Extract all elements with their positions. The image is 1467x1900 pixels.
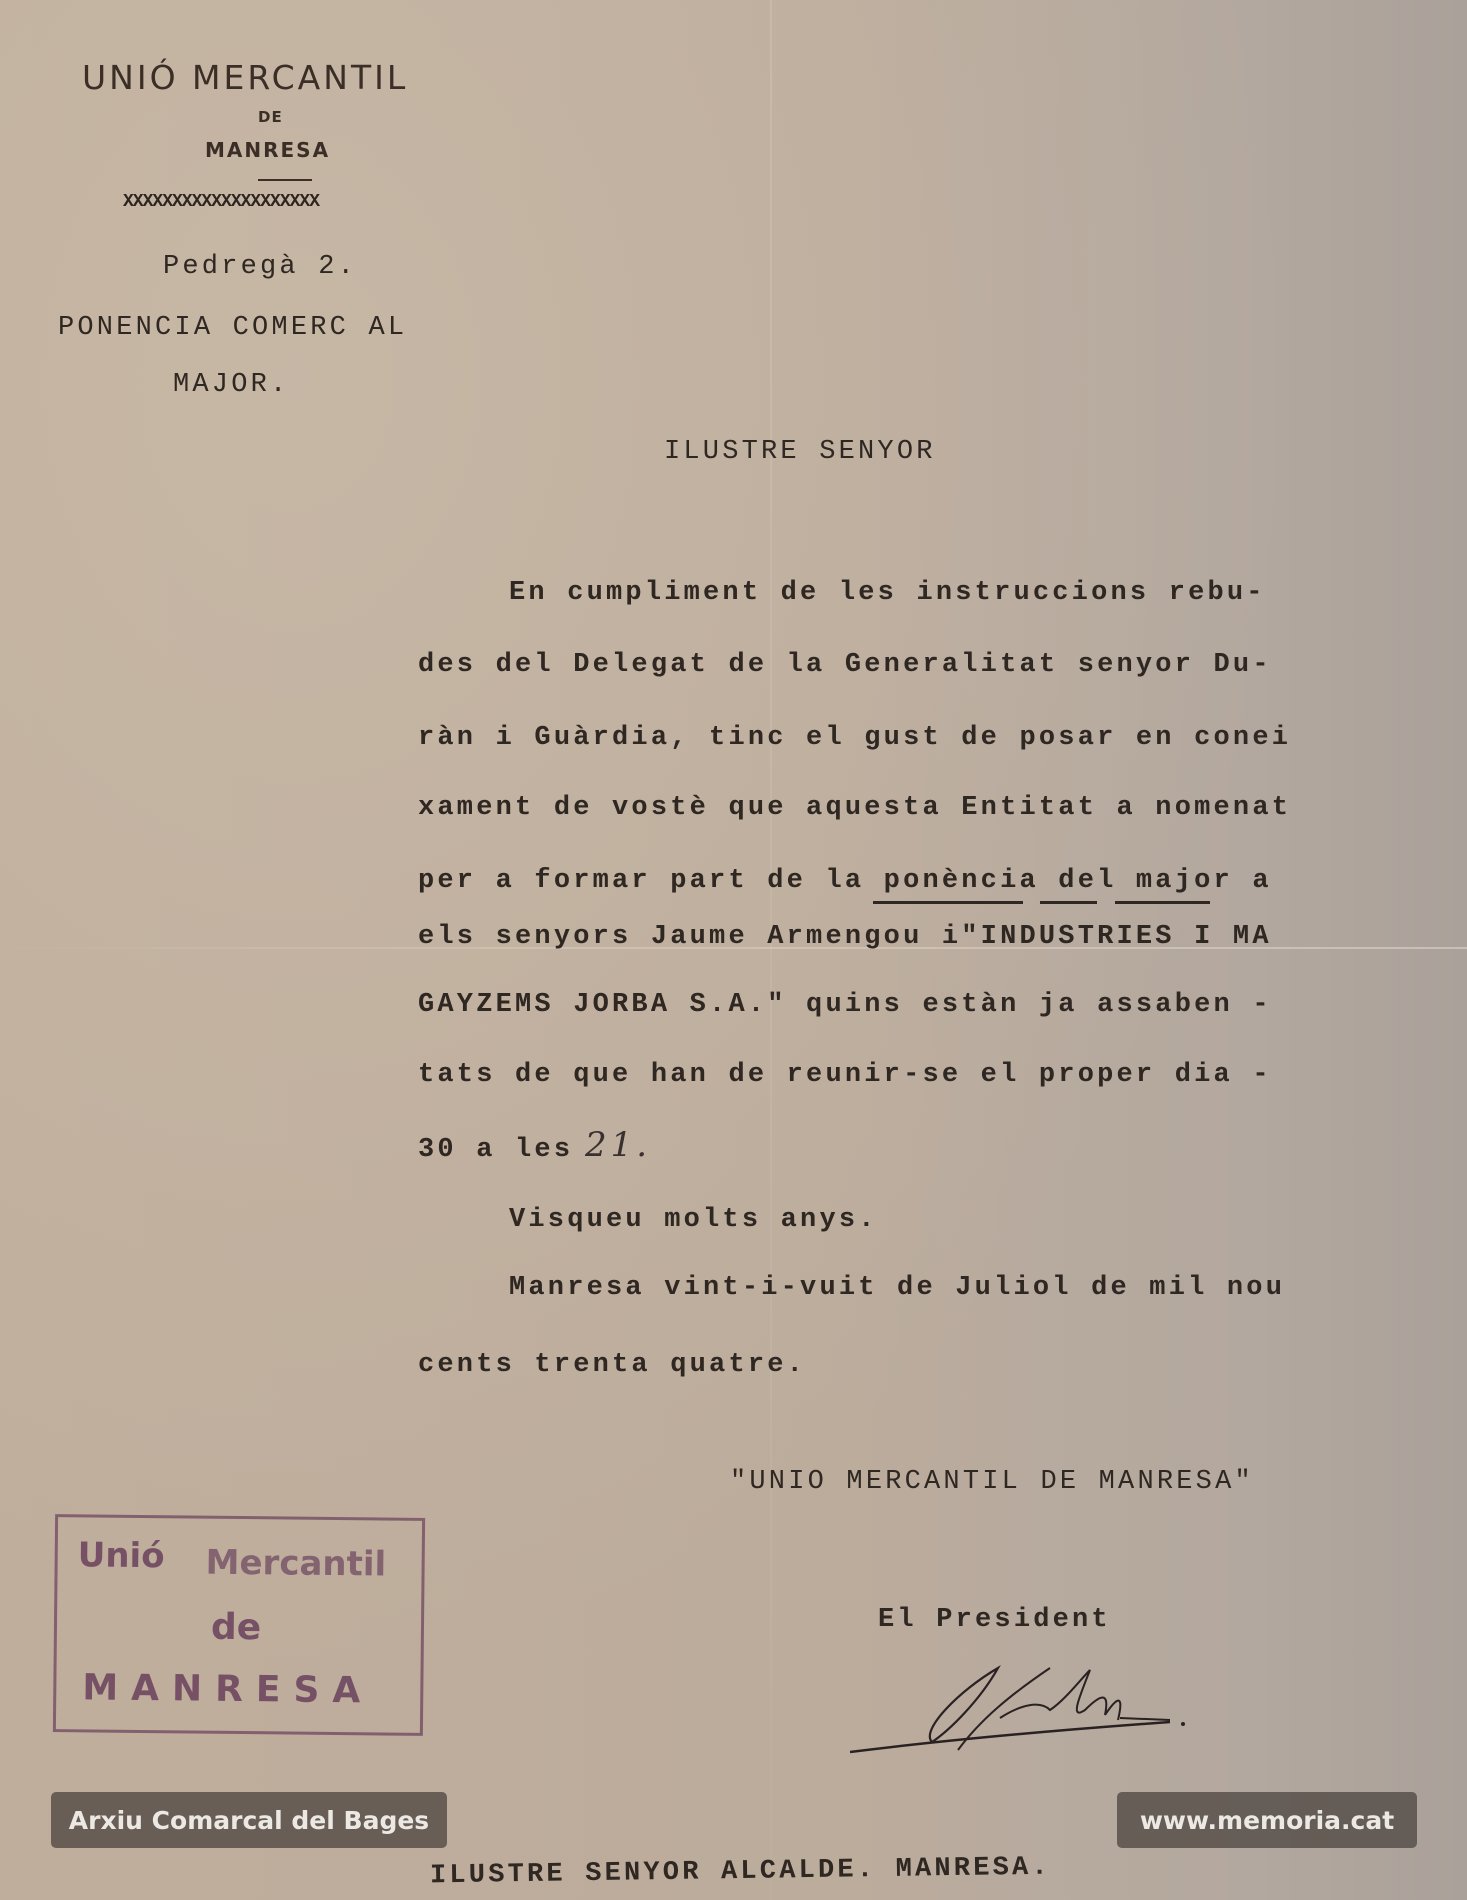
- body-line-4: xament de vostè que aquesta Entitat a no…: [418, 793, 1291, 823]
- rubber-stamp: Unió Mercantil de MANRESA: [53, 1514, 425, 1736]
- stamp-line-2: de: [211, 1607, 262, 1649]
- letterhead-city: MANRESA: [205, 138, 330, 162]
- archive-badge: Arxiu Comarcal del Bages: [51, 1792, 447, 1848]
- underline-del: [1040, 901, 1097, 904]
- body-line-6: els senyors Jaume Armengou i"INDUSTRIES …: [418, 922, 1272, 952]
- underline-major: [1115, 901, 1210, 904]
- department-line-1: PONENCIA COMERC AL: [58, 313, 407, 343]
- body-line-5-text: per a formar part de la ponència del maj…: [418, 866, 1272, 896]
- body-line-7: GAYZEMS JORBA S.A." quins estàn ja assab…: [418, 990, 1272, 1020]
- body-line-3: ràn i Guàrdia, tinc el gust de posar en …: [418, 723, 1291, 753]
- address: Pedregà 2.: [163, 252, 357, 282]
- handwritten-hour: 21.: [585, 1125, 651, 1165]
- closing: Visqueu molts anys.: [509, 1205, 878, 1235]
- stamp-line-1b: Mercantil: [205, 1543, 386, 1585]
- signature-entity: "UNIO MERCANTIL DE MANRESA": [730, 1467, 1254, 1497]
- body-line-8: tats de que han de reunir-se el proper d…: [418, 1060, 1272, 1090]
- signature-icon: [850, 1660, 1190, 1770]
- letterhead-de: DE: [258, 108, 283, 126]
- letterhead-rule: [258, 179, 312, 181]
- stamp-line-3: MANRESA: [82, 1667, 373, 1711]
- department-line-2: MAJOR.: [173, 370, 289, 400]
- salutation: ILUSTRE SENYOR: [664, 437, 936, 467]
- body-line-1: En cumpliment de les instruccions rebu-: [509, 578, 1266, 608]
- body-line-9: 30 a les: [418, 1135, 573, 1165]
- website-badge[interactable]: www.memoria.cat: [1117, 1792, 1417, 1848]
- date-line-1: Manresa vint-i-vuit de Juliol de mil nou: [509, 1273, 1285, 1303]
- stamp-line-1a: Unió: [78, 1535, 165, 1576]
- date-line-2: cents trenta quatre.: [418, 1350, 806, 1380]
- crossed-out-address: XXXXXXXXXXXXXXXXXXXX: [123, 192, 319, 212]
- body-line-5: per a formar part de la ponència del maj…: [418, 866, 1272, 896]
- signature-role: El President: [878, 1605, 1111, 1635]
- letterhead-title: UNIÓ MERCANTIL: [82, 58, 408, 97]
- body-line-2: des del Delegat de la Generalitat senyor…: [418, 650, 1272, 680]
- underline-ponencia: [873, 901, 1023, 904]
